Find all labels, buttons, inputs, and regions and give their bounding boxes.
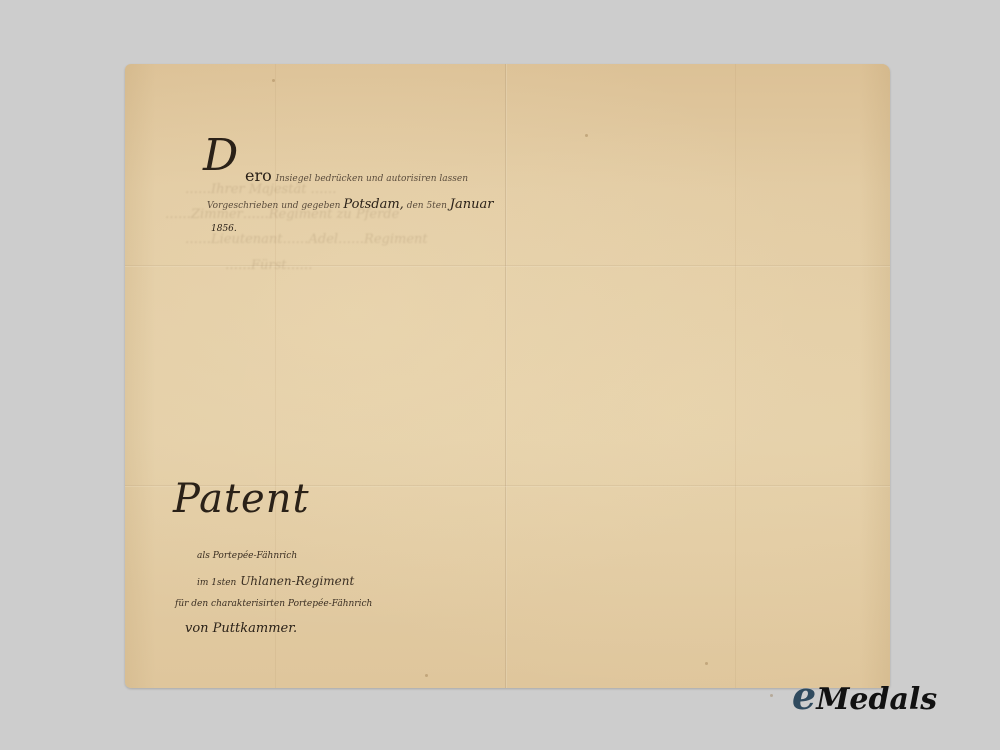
title-line-1: als Portepée-Fähnrich — [197, 551, 297, 561]
paper-spot — [705, 662, 708, 665]
date-prefix: den 5ten — [407, 201, 447, 211]
paper-spot — [425, 674, 428, 677]
regiment-prefix: im 1sten — [197, 578, 236, 588]
logo-medals: Medals — [816, 682, 937, 717]
paper-spot — [770, 694, 773, 697]
patent-document: ……Ihrer Majestät …… ……Zimmer……Regiment z… — [125, 64, 890, 688]
vertical-fold — [505, 64, 507, 688]
line1-text: Insiegel bedrücken und autorisiren lasse… — [276, 174, 468, 184]
document-title: Patent — [173, 476, 310, 522]
crease-line — [735, 64, 736, 688]
logo-e: e — [792, 673, 816, 718]
crease-line — [275, 64, 276, 688]
paper-spot — [585, 134, 588, 137]
paper-spot — [272, 79, 275, 82]
bleed-through-text: ……Lieutenant……Adel……Regiment — [185, 232, 428, 247]
place-name: Potsdam, — [343, 197, 403, 212]
text-line-1: ero Insiegel bedrücken und autorisiren l… — [245, 166, 468, 185]
paper-spot — [455, 204, 458, 207]
year: 1856. — [211, 224, 237, 234]
title-line-3: für den charakterisirten Portepée-Fähnri… — [175, 599, 372, 609]
emedals-watermark-logo: eMedals — [792, 676, 937, 720]
bleed-through-text: ……Fürst…… — [225, 258, 313, 273]
title-line-2: im 1sten Uhlanen-Regiment — [197, 574, 354, 588]
recipient-name: von Puttkammer. — [185, 621, 297, 636]
text-line-2: Vorgeschrieben und gegeben Potsdam, den … — [207, 197, 493, 212]
initial-word-rest: ero — [245, 166, 272, 185]
line2-prefix: Vorgeschrieben und gegeben — [207, 201, 340, 211]
decorative-initial: D — [203, 130, 238, 181]
regiment-name: Uhlanen-Regiment — [240, 574, 354, 588]
